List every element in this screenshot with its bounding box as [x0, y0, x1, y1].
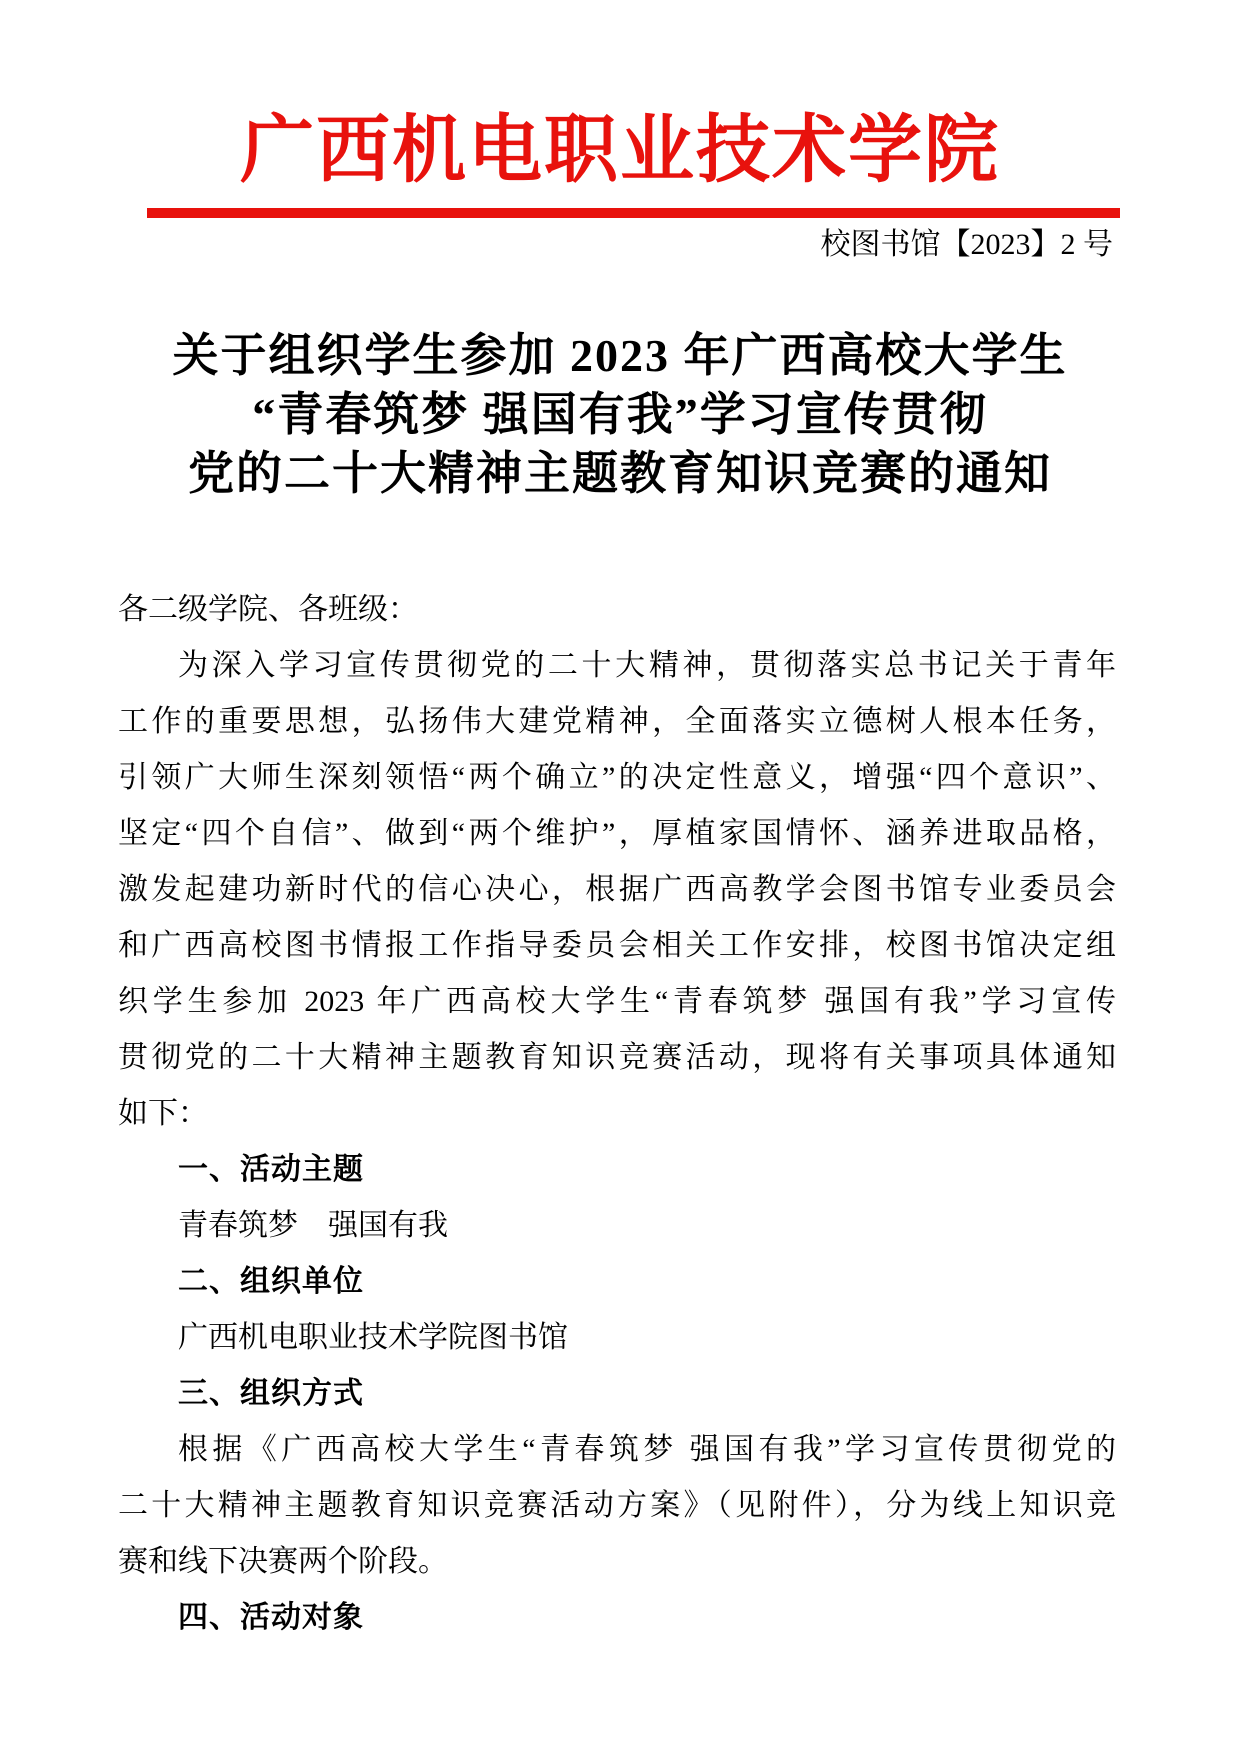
document-title: 关于组织学生参加 2023 年广西高校大学生 “青春筑梦 强国有我”学习宣传贯彻… — [0, 326, 1240, 503]
section-heading-2: 二、组织单位 — [118, 1254, 1116, 1310]
section-3-line: 二十大精神主题教育知识竞赛活动方案》（见附件），分为线上知识竞 — [118, 1478, 1116, 1534]
paragraph-line: 贯彻党的二十大精神主题教育知识竞赛活动，现将有关事项具体通知 — [118, 1030, 1116, 1086]
section-2-content: 广西机电职业技术学院图书馆 — [118, 1310, 1116, 1366]
salutation: 各二级学院、各班级： — [118, 582, 1116, 638]
document-body: 各二级学院、各班级： 为深入学习宣传贯彻党的二十大精神，贯彻落实总书记关于青年 … — [118, 582, 1116, 1646]
letterhead-org-name: 广西机电职业技术学院 — [0, 108, 1240, 194]
paragraph-line: 激发起建功新时代的信心决心，根据广西高教学会图书馆专业委员会 — [118, 862, 1116, 918]
paragraph-line: 织学生参加 2023 年广西高校大学生“青春筑梦 强国有我”学习宣传 — [118, 974, 1116, 1030]
section-3-line: 根据《广西高校大学生“青春筑梦 强国有我”学习宣传贯彻党的 — [118, 1422, 1116, 1478]
document-title-line2: “青春筑梦 强国有我”学习宣传贯彻 — [0, 385, 1240, 444]
paragraph-line: 坚定“四个自信”、做到“两个维护”，厚植家国情怀、涵养进取品格， — [118, 806, 1116, 862]
section-3-line: 赛和线下决赛两个阶段。 — [118, 1534, 1116, 1590]
paragraph-line: 工作的重要思想，弘扬伟大建党精神，全面落实立德树人根本任务， — [118, 694, 1116, 750]
paragraph-line: 如下： — [118, 1086, 1116, 1142]
document-number: 校图书馆【2023】2 号 — [0, 226, 1113, 264]
letterhead-red-rule — [147, 208, 1120, 218]
document-page: 广西机电职业技术学院 校图书馆【2023】2 号 关于组织学生参加 2023 年… — [0, 0, 1240, 1753]
section-heading-4: 四、活动对象 — [118, 1590, 1116, 1646]
paragraph-line: 为深入学习宣传贯彻党的二十大精神，贯彻落实总书记关于青年 — [118, 638, 1116, 694]
paragraph-line: 和广西高校图书情报工作指导委员会相关工作安排，校图书馆决定组 — [118, 918, 1116, 974]
section-heading-3: 三、组织方式 — [118, 1366, 1116, 1422]
document-title-line1: 关于组织学生参加 2023 年广西高校大学生 — [0, 326, 1240, 385]
document-title-line3: 党的二十大精神主题教育知识竞赛的通知 — [0, 444, 1240, 503]
section-heading-1: 一、活动主题 — [118, 1142, 1116, 1198]
section-1-content: 青春筑梦 强国有我 — [118, 1198, 1116, 1254]
paragraph-line: 引领广大师生深刻领悟“两个确立”的决定性意义，增强“四个意识”、 — [118, 750, 1116, 806]
